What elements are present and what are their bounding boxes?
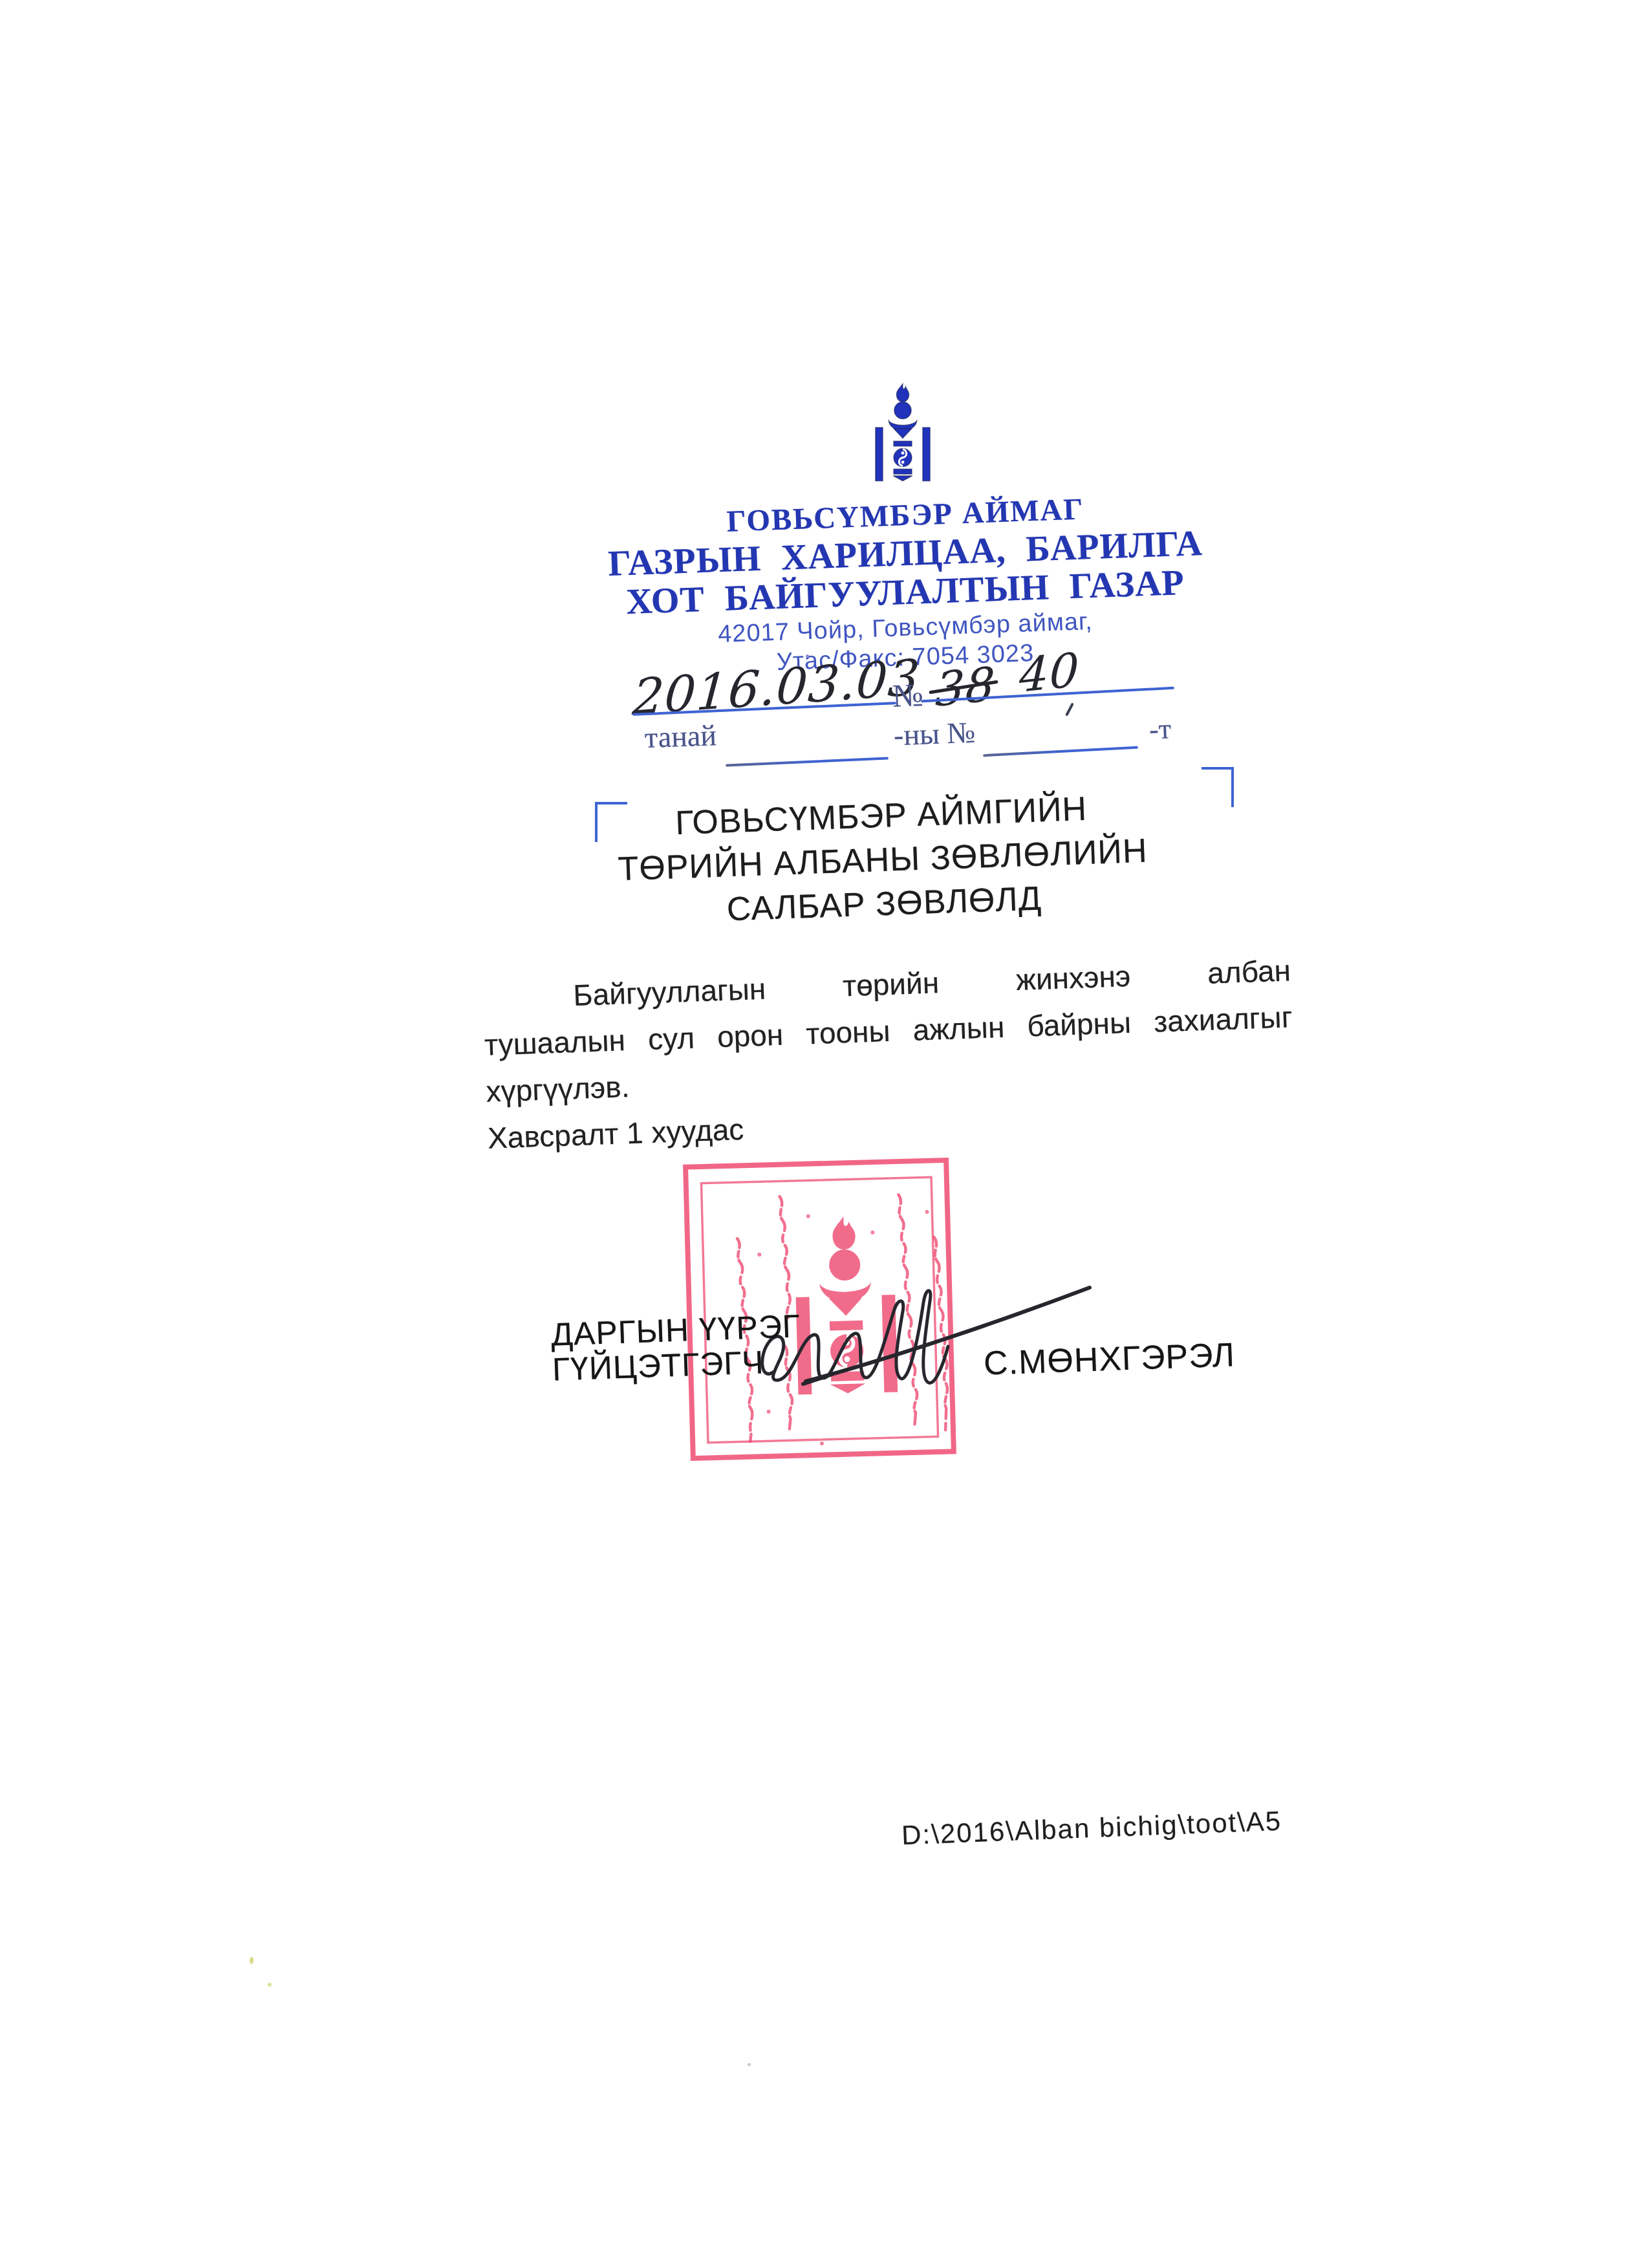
footer-file-path: D:\2016\Alban bichig\toot\A5	[901, 1806, 1282, 1852]
recipient-suffix-label: -т	[1148, 712, 1172, 746]
number-sign-label: №	[892, 676, 924, 715]
address-corner-bracket-right	[1202, 767, 1234, 807]
addressee-heading: ГОВЬСҮМБЭР АЙМГИЙН ТӨРИЙН АЛБАНЫ ЗӨВЛӨЛИ…	[616, 785, 1150, 935]
recipient-blank-line-2	[983, 746, 1138, 757]
pen-tick-mark	[1065, 702, 1074, 716]
body-paragraph: Байгууллагын төрийн жинхэнэ албан тушаал…	[482, 947, 1296, 1161]
recipient-mid-label: -ны №	[893, 715, 976, 752]
recipient-prefix-label: танай	[644, 718, 717, 755]
scan-speck	[250, 1957, 253, 1964]
scan-speck	[268, 1983, 272, 1987]
scanned-letter-page: ГОВЬСҮМБЭР АЙМАГ ГАЗРЫН ХАРИЛЦАА, БАРИЛГ…	[0, 0, 1649, 2268]
scan-speck	[748, 2063, 751, 2066]
signer-name: С.МӨНХГЭРЭЛ	[983, 1335, 1236, 1383]
recipient-blank-line-1	[726, 757, 889, 767]
signer-title: ДАРГЫН ҮҮРЭГ ГҮЙЦЭТГЭГЧ	[550, 1308, 802, 1387]
soyombo-emblem-icon	[874, 379, 931, 485]
